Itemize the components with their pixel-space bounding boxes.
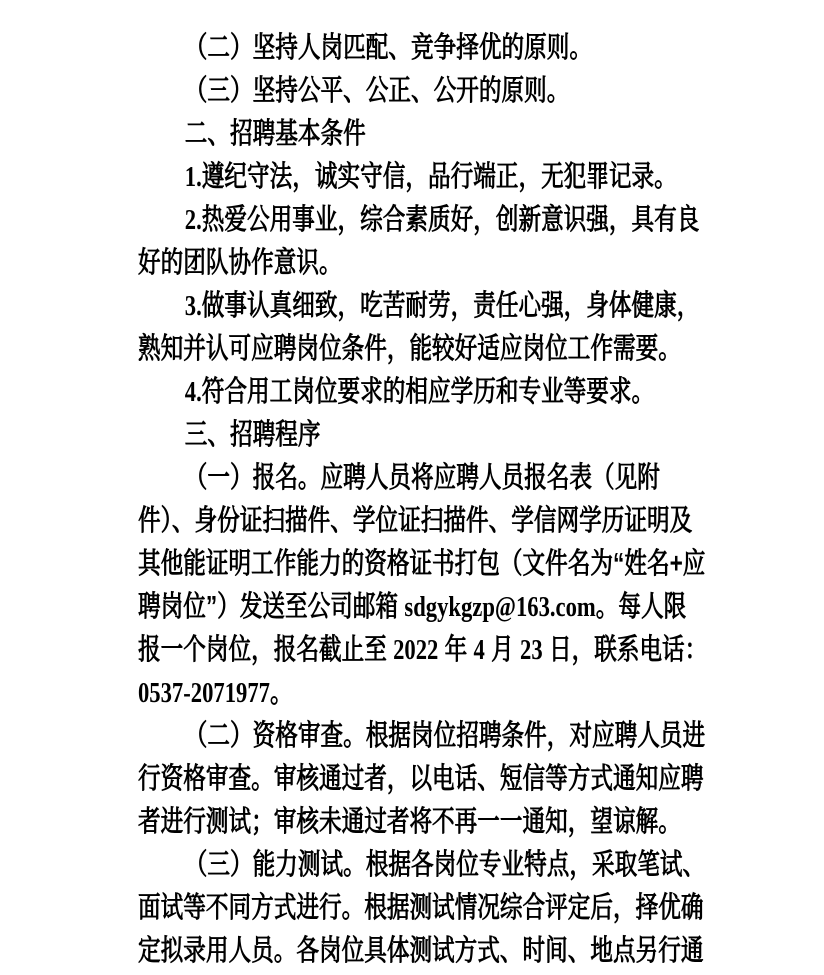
cjk-text-segment: 件）、身份证扫描件、学位证扫描件、学信网学历证明及 [138,505,692,537]
latin-text-segment: 3. [185,290,202,322]
text-line: 者进行测试；审核未通过者将不再一一通知，望谅解。 [138,801,673,844]
text-line: 件）、身份证扫描件、学位证扫描件、学信网学历证明及 [138,500,673,543]
latin-text-segment: 2022 [393,634,438,666]
cjk-text-segment: 三、招聘程序 [185,419,321,451]
cjk-text-segment: （二）坚持人岗匹配、竞争择优的原则。 [185,32,592,64]
document-body: （二）坚持人岗匹配、竞争择优的原则。（三）坚持公平、公正、公开的原则。二、招聘基… [138,27,824,973]
text-line: 三、招聘程序 [138,414,673,457]
text-line: （一）报名。应聘人员将应聘人员报名表（见附 [138,457,673,500]
text-line: （三）坚持公平、公正、公开的原则。 [138,70,673,113]
cjk-text-segment: 做事认真细致，吃苦耐劳，责任心强，身体健康， [202,290,700,322]
document-page: （二）坚持人岗匹配、竞争择优的原则。（三）坚持公平、公正、公开的原则。二、招聘基… [0,0,824,975]
cjk-text-segment: 热爱公用事业，综合素质好，创新意识强，具有良 [202,204,700,236]
latin-text-segment: sdgykgzp@163.com [404,591,595,623]
text-line: 定拟录用人员。各岗位具体测试方式、时间、地点另行通 [138,930,673,973]
text-line: 其他能证明工作能力的资格证书打包（文件名为“姓名+应 [138,543,673,586]
latin-text-segment: 4 [474,634,485,666]
latin-text-segment: 2. [185,204,202,236]
text-line: 报一个岗位，报名截止至 2022 年 4 月 23 日，联系电话： [138,629,673,672]
cjk-text-segment: 月 [485,634,520,666]
cjk-text-segment: 。 [270,677,293,709]
latin-text-segment: 0537-2071977 [138,677,270,709]
text-line: 4.符合用工岗位要求的相应学历和专业等要求。 [138,371,673,414]
text-line: 二、招聘基本条件 [138,113,673,156]
cjk-text-segment: 报一个岗位，报名截止至 [138,634,393,666]
text-line: 1.遵纪守法，诚实守信，品行端正，无犯罪记录。 [138,156,673,199]
text-line: 0537-2071977。 [138,672,673,715]
text-line: 2.热爱公用事业，综合素质好，创新意识强，具有良 [138,199,673,242]
latin-text-segment: 23 [520,634,543,666]
cjk-text-segment: 日，联系电话： [543,634,708,666]
cjk-text-segment: 遵纪守法，诚实守信，品行端正，无犯罪记录。 [202,161,677,193]
cjk-text-segment: （三）能力测试。根据各岗位专业特点，采取笔试、 [185,849,705,881]
cjk-text-segment: 年 [438,634,473,666]
text-line: 聘岗位”）发送至公司邮箱 sdgykgzp@163.com。每人限 [138,586,673,629]
cjk-text-segment: 面试等不同方式进行。根据测试情况综合评定后，择优确 [138,892,704,924]
text-line: （二）资格审查。根据岗位招聘条件，对应聘人员进 [138,715,673,758]
latin-text-segment: 4. [185,376,202,408]
cjk-text-segment: 定拟录用人员。各岗位具体测试方式、时间、地点另行通 [138,935,704,967]
cjk-text-segment: 符合用工岗位要求的相应学历和专业等要求。 [202,376,654,408]
text-line: 面试等不同方式进行。根据测试情况综合评定后，择优确 [138,887,673,930]
cjk-text-segment: （一）报名。应聘人员将应聘人员报名表（见附 [185,462,660,494]
cjk-text-segment: 行资格审查。审核通过者，以电话、短信等方式通知应聘 [138,763,704,795]
text-line: 熟知并认可应聘岗位条件，能较好适应岗位工作需要。 [138,328,673,371]
text-line: 好的团队协作意识。 [138,242,673,285]
cjk-text-segment: 好的团队协作意识。 [138,247,342,279]
cjk-text-segment: （三）坚持公平、公正、公开的原则。 [185,75,570,107]
cjk-text-segment: 熟知并认可应聘岗位条件，能较好适应岗位工作需要。 [138,333,681,365]
cjk-text-segment: 者进行测试；审核未通过者将不再一一通知，望谅解。 [138,806,681,838]
cjk-text-segment: 。每人限 [596,591,686,623]
cjk-text-segment: 二、招聘基本条件 [185,118,366,150]
cjk-text-segment: （二）资格审查。根据岗位招聘条件，对应聘人员进 [185,720,705,752]
text-line: 行资格审查。审核通过者，以电话、短信等方式通知应聘 [138,758,673,801]
latin-text-segment: 1. [185,161,202,193]
text-line: （二）坚持人岗匹配、竞争择优的原则。 [138,27,673,70]
text-line: 3.做事认真细致，吃苦耐劳，责任心强，身体健康， [138,285,673,328]
cjk-text-segment: 聘岗位”）发送至公司邮箱 [138,591,404,623]
cjk-text-segment: 其他能证明工作能力的资格证书打包（文件名为“姓名+应 [138,548,705,580]
text-line: （三）能力测试。根据各岗位专业特点，采取笔试、 [138,844,673,887]
